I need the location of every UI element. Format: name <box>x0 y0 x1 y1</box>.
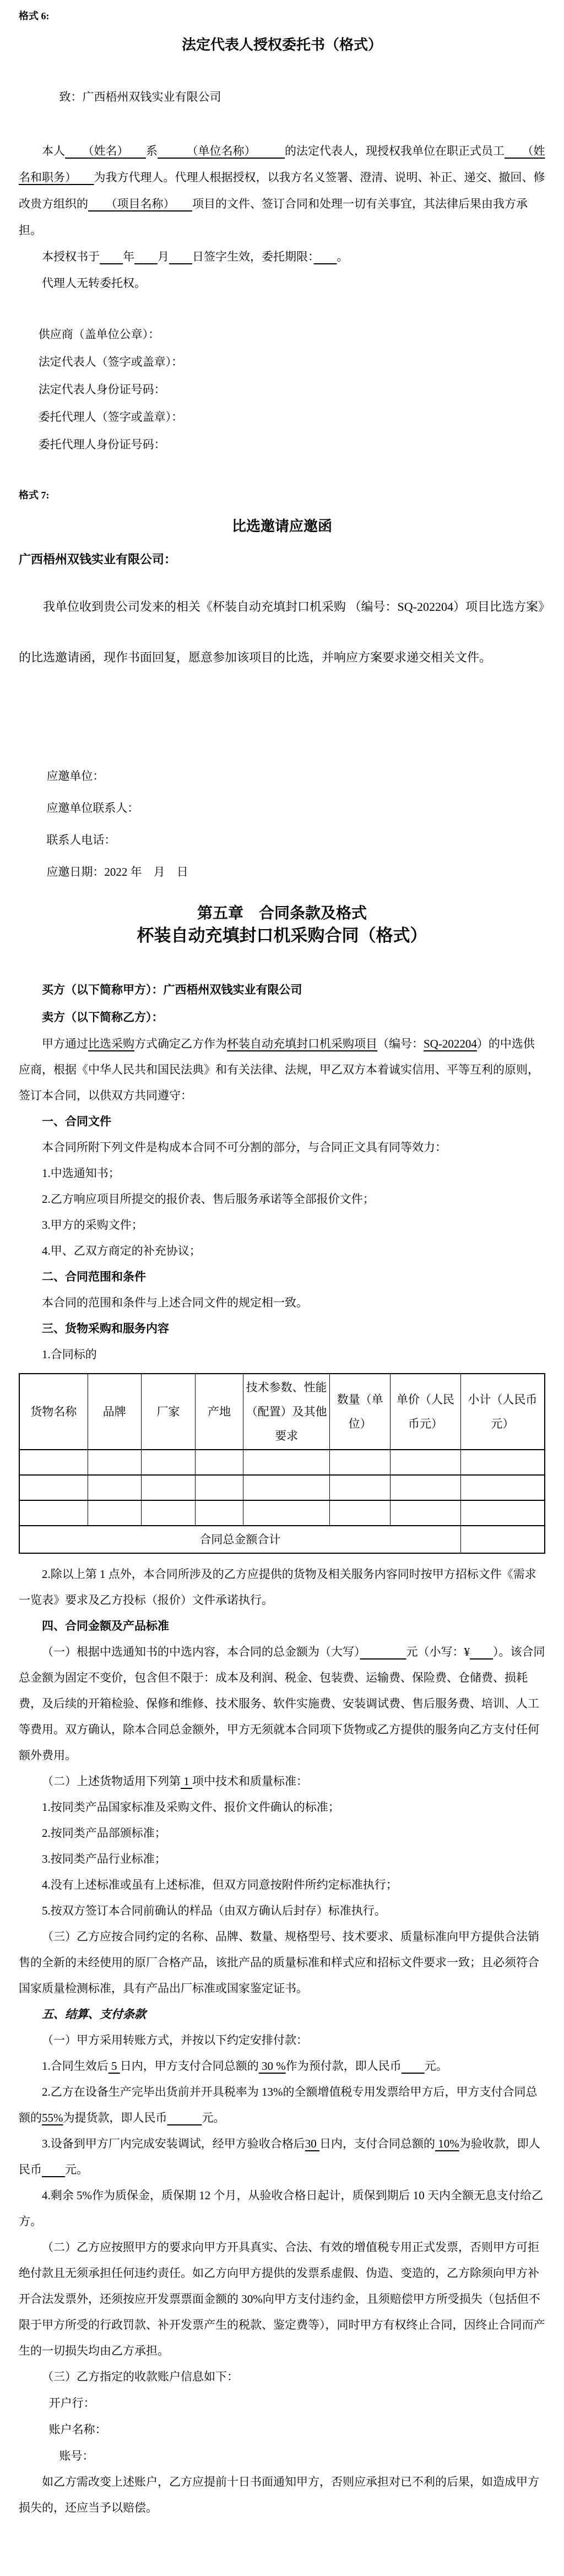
col-quantity: 数量（单位） <box>330 1374 391 1450</box>
section3-item-2: 2.除以上第 1 点外，本合同所涉及的乙方应提供的货物及相关服务内容同时按甲方招… <box>19 1561 545 1613</box>
col-unit-price: 单价（人民币元） <box>390 1374 460 1450</box>
section4-paragraph-2: （二）上述货物适用下列第 1 项中技术和质量标准： <box>19 1769 545 1794</box>
buyer-line: 买方（以下简称甲方）：广西梧州双钱实业有限公司 <box>42 976 545 1004</box>
col-goods-name: 货物名称 <box>19 1374 88 1450</box>
format7-addressee: 广西梧州双钱实业有限公司： <box>19 551 545 568</box>
format7-title: 比选邀请应邀函 <box>19 517 545 536</box>
format6-authorization-paragraph: 本人 （姓名） 系 （单位名称） 的法定代表人，现授权我单位在职正式员工 （姓名… <box>19 138 545 243</box>
section1-item-2: 2.乙方响应项目所提交的报价表、售后服务承诺等全部报价文件； <box>19 1186 545 1212</box>
total-amount-label: 合同总金额合计 <box>19 1526 460 1553</box>
format6-no-subdelegation-line: 代理人无转委托权。 <box>19 270 545 296</box>
section2-body: 本合同的范围和条件与上述合同文件的规定相一致。 <box>19 1290 545 1316</box>
section5-paragraph-2: （二）乙方应按照甲方的要求向甲方开具真实、合法、有效的增值税专用正式发票，否则甲… <box>19 2235 545 2364</box>
invited-unit-line: 应邀单位： <box>46 760 545 792</box>
section1-item-4: 4.甲、乙双方商定的补充协议； <box>19 1238 545 1264</box>
payment-item-3: 3.设备到甲方厂内完成安装调试，经甲方验收合格后30 日内，支付合同总额的 10… <box>19 2131 545 2183</box>
account-name-line: 账户名称： <box>49 2416 545 2443</box>
section4-standard-4: 4.没有上述标准或虽有上述标准，但双方同意按附件所约定标准执行； <box>19 1872 545 1898</box>
col-manufacturer: 厂家 <box>141 1374 195 1450</box>
section5-title: 五、结算、支付条款 <box>19 2002 545 2027</box>
contract-parties: 买方（以下简称甲方）：广西梧州双钱实业有限公司 卖方（以下简称乙方）： <box>19 976 545 1031</box>
legal-rep-sign-line: 法定代表人（签字或盖章）： <box>39 348 545 376</box>
closing-paragraph: 如乙方需改变上述账户，乙方应提前十日书面通知甲方，否则应承担对已不利的后果，如造… <box>19 2469 545 2521</box>
section1-intro: 本合同所附下列文件是构成本合同不可分割的部分，与合同正文具有同等效力： <box>19 1135 545 1160</box>
invited-contact-line: 应邀单位联系人： <box>46 792 545 824</box>
format6-effective-date-line: 本授权书于 年 月 日签字生效，委托期限： 。 <box>19 243 545 270</box>
section2-title: 二、合同范围和条件 <box>19 1264 545 1290</box>
invited-date-line: 应邀日期：2022 年 月 日 <box>46 856 545 888</box>
format7-label: 格式 7: <box>19 488 545 502</box>
section4-standard-5: 5.按双方签订本合同前确认的样品（由双方确认后封存）标准执行。 <box>19 1898 545 1924</box>
agent-sign-line: 委托代理人（签字或盖章）： <box>39 403 545 431</box>
section5-paragraph-3: （三）乙方指定的收款账户信息如下： <box>19 2364 545 2390</box>
payment-item-1: 1.合同生效后 5 日内，甲方支付合同总额的 30 %作为预付款，即人民币 元。 <box>19 2053 545 2079</box>
contact-phone-line: 联系人电话： <box>46 824 545 856</box>
supplier-seal-line: 供应商（盖单位公章）： <box>39 321 545 348</box>
section4-standard-1: 1.按同类产品国家标准及采购文件、报价文件确认的标准； <box>19 1794 545 1820</box>
section5-paragraph-1: （一）甲方采用转账方式，并按以下约定安排付款： <box>19 2027 545 2053</box>
format7-reply-info-block: 应邀单位： 应邀单位联系人： 联系人电话： 应邀日期：2022 年 月 日 <box>19 760 545 888</box>
goods-table-header-row: 货物名称 品牌 厂家 产地 技术参数、性能（配置）及其他要求 数量（单位） 单价… <box>19 1374 545 1450</box>
col-origin: 产地 <box>196 1374 243 1450</box>
seller-line: 卖方（以下简称乙方）： <box>42 1004 545 1031</box>
section4-paragraph-3: （三）乙方应按合同约定的名称、品牌、数量、规格型号、技术要求、质量标准向甲方提供… <box>19 1924 545 2002</box>
format6-label: 格式 6: <box>19 9 545 23</box>
goods-table: 货物名称 品牌 厂家 产地 技术参数、性能（配置）及其他要求 数量（单位） 单价… <box>19 1373 545 1554</box>
goods-table-empty-row <box>19 1450 545 1475</box>
format6-signature-block: 供应商（盖单位公章）： 法定代表人（签字或盖章）： 法定代表人身份证号码： 委托… <box>19 321 545 458</box>
section4-standard-2: 2.按同类产品部颁标准； <box>19 1820 545 1846</box>
col-brand: 品牌 <box>88 1374 141 1450</box>
goods-table-empty-row <box>19 1475 545 1500</box>
section4-title: 四、合同金额及产品标准 <box>19 1613 545 1639</box>
document-page: 格式 6: 法定代表人授权委托书（格式） 致：广西梧州双钱实业有限公司 本人 （… <box>0 0 564 2534</box>
legal-rep-id-line: 法定代表人身份证号码： <box>39 376 545 403</box>
account-number-line: 账号： <box>59 2443 546 2469</box>
format7-reply-paragraph: 我单位收到贵公司发来的相关《杯装自动充填封口机采购 （编号：SQ-202204）… <box>19 582 545 683</box>
section1-item-1: 1.中选通知书； <box>19 1160 545 1186</box>
section1-item-3: 3.甲方的采购文件； <box>19 1212 545 1238</box>
agent-id-line: 委托代理人身份证号码： <box>39 431 545 458</box>
payment-item-2: 2.乙方在设备生产完毕出货前并开具税率为 13%的全额增值税专用发票给甲方后，甲… <box>19 2079 545 2131</box>
chapter5-title: 第五章 合同条款及格式 <box>19 903 545 924</box>
section4-paragraph-1: （一）根据中选通知书的中选内容，本合同的总金额为（大写） 元（小写：¥ ）。该合… <box>19 1639 545 1769</box>
format6-addressee: 致：广西梧州双钱实业有限公司 <box>59 88 546 106</box>
total-amount-value <box>460 1526 545 1553</box>
goods-table-total-row: 合同总金额合计 <box>19 1526 545 1553</box>
contract-title: 杯装自动充填封口机采购合同（格式） <box>19 924 545 947</box>
section3-title: 三、货物采购和服务内容 <box>19 1316 545 1342</box>
section1-title: 一、合同文件 <box>19 1109 545 1135</box>
col-subtotal: 小计（人民币元） <box>460 1374 545 1450</box>
account-info-block: 开户行： 账户名称： 账号： <box>19 2390 545 2469</box>
goods-table-empty-row <box>19 1500 545 1526</box>
payment-item-4: 4.剩余 5%作为质保金，质保期 12 个月，从验收合格日起计，质保到期后 10… <box>19 2183 545 2235</box>
section4-standard-3: 3.按同类产品行业标准； <box>19 1846 545 1872</box>
format6-title: 法定代表人授权委托书（格式） <box>19 35 545 55</box>
col-tech-specs: 技术参数、性能（配置）及其他要求 <box>243 1374 329 1450</box>
bank-line: 开户行： <box>49 2390 545 2416</box>
contract-intro-paragraph: 甲方通过比选采购方式确定乙方作为杯装自动充填封口机采购项目（编号：SQ-2022… <box>19 1031 545 1109</box>
section3-subject-label: 1.合同标的 <box>19 1342 545 1368</box>
